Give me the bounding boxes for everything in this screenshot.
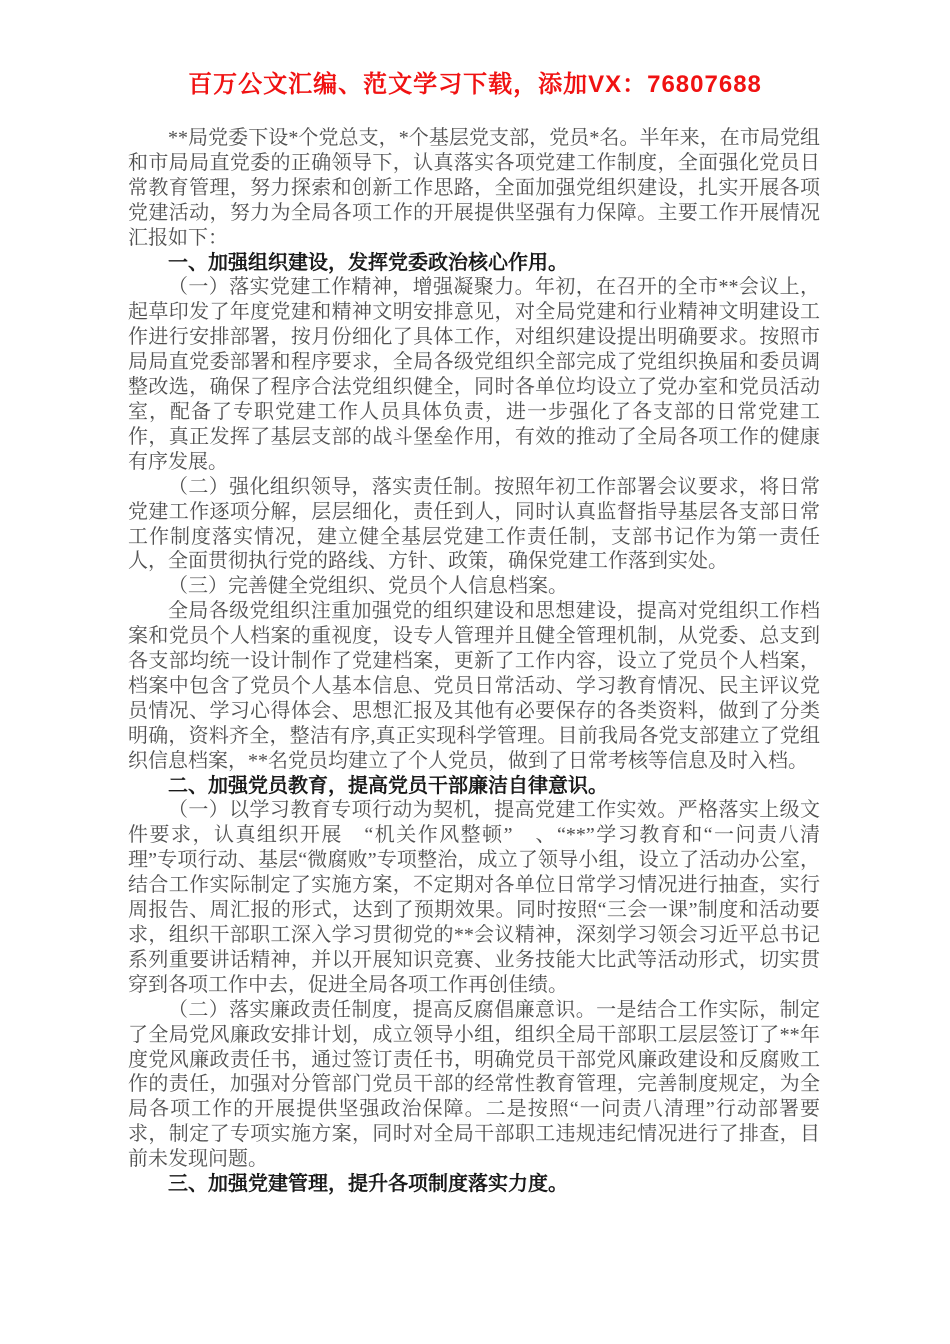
paragraph: （一）落实党建工作精神，增强凝聚力。年初，在召开的全市**会议上，起草印发了年度… [128, 275, 820, 474]
section-heading: 一、加强组织建设，发挥党委政治核心作用。 [128, 251, 820, 276]
promo-banner-text: 百万公文汇编、范文学习下载，添加VX：76807688 [0, 64, 950, 99]
paragraph: （一）以学习教育专项行动为契机，提高党建工作实效。严格落实上级文件要求，认真组织… [128, 798, 820, 997]
paragraph: 全局各级党组织注重加强党的组织建设和思想建设，提高对党组织工作档案和党员个人档案… [128, 599, 820, 773]
paragraph: （三）完善健全党组织、党员个人信息档案。 [128, 574, 820, 599]
paragraph: **局党委下设*个党总支，*个基层党支部，党员*名。半年来，在市局党组和市局局直… [128, 126, 820, 251]
section-heading: 三、加强党建管理，提升各项制度落实力度。 [128, 1172, 820, 1197]
document-body: **局党委下设*个党总支，*个基层党支部，党员*名。半年来，在市局党组和市局局直… [128, 126, 820, 1197]
section-heading: 二、加强党员教育，提高党员干部廉洁自律意识。 [128, 774, 820, 799]
document-page: 百万公文汇编、范文学习下载，添加VX：76807688 **局党委下设*个党总支… [0, 0, 950, 1344]
paragraph: （二）强化组织领导，落实责任制。按照年初工作部署会议要求，将日常党建工作逐项分解… [128, 475, 820, 575]
paragraph: （二）落实廉政责任制度，提高反腐倡廉意识。一是结合工作实际，制定了全局党风廉政安… [128, 998, 820, 1172]
